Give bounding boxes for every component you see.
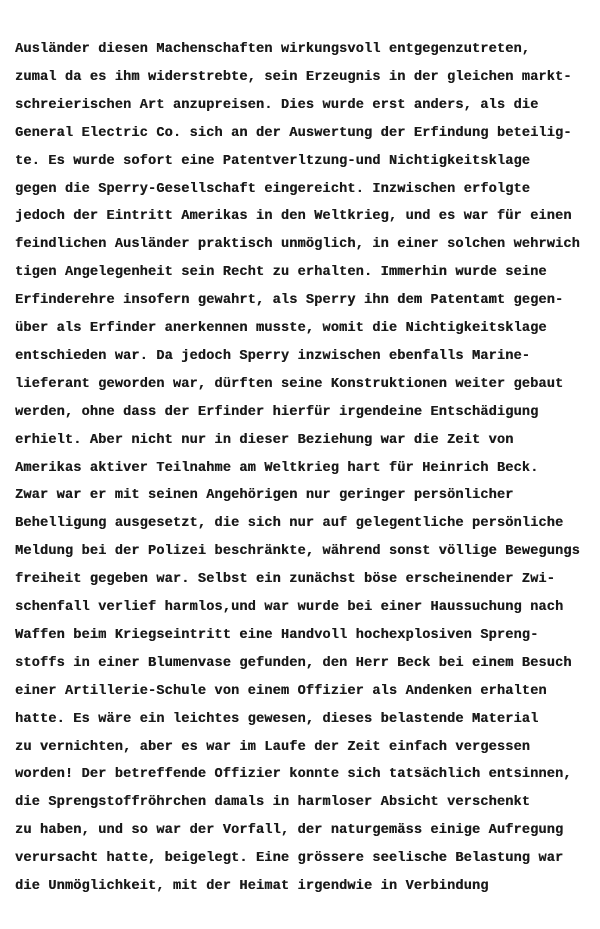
- text-line: Ausländer diesen Machenschaften wirkungs…: [15, 42, 530, 58]
- text-line: schreierischen Art anzupreisen. Dies wur…: [15, 98, 538, 114]
- text-line: über als Erfinder anerkennen musste, wom…: [15, 321, 547, 337]
- text-line: worden! Der betreffende Offizier konnte …: [15, 767, 572, 783]
- text-line: Zwar war er mit seinen Angehörigen nur g…: [15, 488, 513, 504]
- text-line: freiheit gegeben war. Selbst ein zunächs…: [15, 572, 555, 588]
- text-line: jedoch der Eintritt Amerikas in den Welt…: [15, 209, 572, 225]
- text-line: schenfall verlief harmlos,und war wurde …: [15, 600, 563, 616]
- text-line: te. Es wurde sofort eine Patentverltzung…: [15, 154, 530, 170]
- text-line: zu haben, und so war der Vorfall, der na…: [15, 823, 563, 839]
- text-line: die Sprengstoffröhrchen damals in harmlo…: [15, 795, 530, 811]
- text-line: General Electric Co. sich an der Auswert…: [15, 126, 572, 142]
- text-line: hatte. Es wäre ein leichtes gewesen, die…: [15, 712, 538, 728]
- text-line: zu vernichten, aber es war im Laufe der …: [15, 740, 530, 756]
- text-line: tigen Angelegenheit sein Recht zu erhalt…: [15, 265, 547, 281]
- text-line: stoffs in einer Blumenvase gefunden, den…: [15, 656, 572, 672]
- text-line: zumal da es ihm widerstrebte, sein Erzeu…: [15, 70, 572, 86]
- text-line: Erfinderehre insofern gewahrt, als Sperr…: [15, 293, 563, 309]
- text-line: verursacht hatte, beigelegt. Eine grösse…: [15, 851, 563, 867]
- text-line: lieferant geworden war, dürften seine Ko…: [15, 377, 563, 393]
- text-line: die Unmöglichkeit, mit der Heimat irgend…: [15, 879, 489, 895]
- text-line: erhielt. Aber nicht nur in dieser Bezieh…: [15, 433, 513, 449]
- text-line: gegen die Sperry-Gesellschaft eingereich…: [15, 182, 530, 198]
- text-line: Waffen beim Kriegseintritt eine Handvoll…: [15, 628, 538, 644]
- text-line: einer Artillerie-Schule von einem Offizi…: [15, 684, 547, 700]
- text-line: Amerikas aktiver Teilnahme am Weltkrieg …: [15, 461, 538, 477]
- text-line: feindlichen Ausländer praktisch unmöglic…: [15, 237, 580, 253]
- text-line: Behelligung ausgesetzt, die sich nur auf…: [15, 516, 563, 532]
- text-line: entschieden war. Da jedoch Sperry inzwis…: [15, 349, 530, 365]
- typewritten-page: Ausländer diesen Machenschaften wirkungs…: [0, 0, 600, 929]
- text-line: werden, ohne dass der Erfinder hierfür i…: [15, 405, 538, 421]
- text-line: Meldung bei der Polizei beschränkte, wäh…: [15, 544, 580, 560]
